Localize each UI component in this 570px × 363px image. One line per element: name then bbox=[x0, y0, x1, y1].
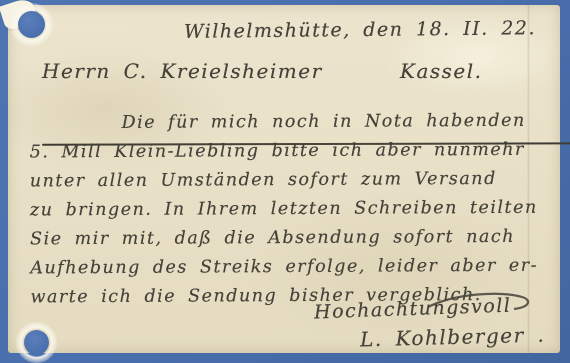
body-line: Sie mir mit, daß die Absendung sofort na… bbox=[30, 223, 558, 255]
body-line: Die für mich noch in Nota habenden bbox=[29, 107, 557, 139]
body-line: Aufhebung des Streiks erfolge, leider ab… bbox=[30, 252, 558, 284]
recipient-city: Kassel. bbox=[400, 59, 482, 83]
signature: L. Kohlberger . bbox=[360, 323, 546, 352]
recipient-name: Herrn C. Kreielsheimer bbox=[42, 59, 323, 83]
punch-hole-bottom bbox=[24, 330, 49, 355]
body-line: unter allen Umständen sofort zum Versand bbox=[30, 165, 558, 197]
dateline: Wilhelmshütte, den 18. II. 22. bbox=[184, 17, 536, 43]
body-line: zu bringen. In Ihrem letzten Schreiben t… bbox=[30, 194, 558, 226]
letter-body: Die für mich noch in Nota habenden 5. Mi… bbox=[29, 107, 558, 313]
postcard: Wilhelmshütte, den 18. II. 22. Herrn C. … bbox=[8, 5, 560, 353]
punch-hole-top bbox=[18, 11, 45, 38]
body-line: 5. Mill Klein-Liebling bitte ich aber nu… bbox=[30, 136, 558, 168]
scan-backdrop: Wilhelmshütte, den 18. II. 22. Herrn C. … bbox=[0, 0, 570, 363]
